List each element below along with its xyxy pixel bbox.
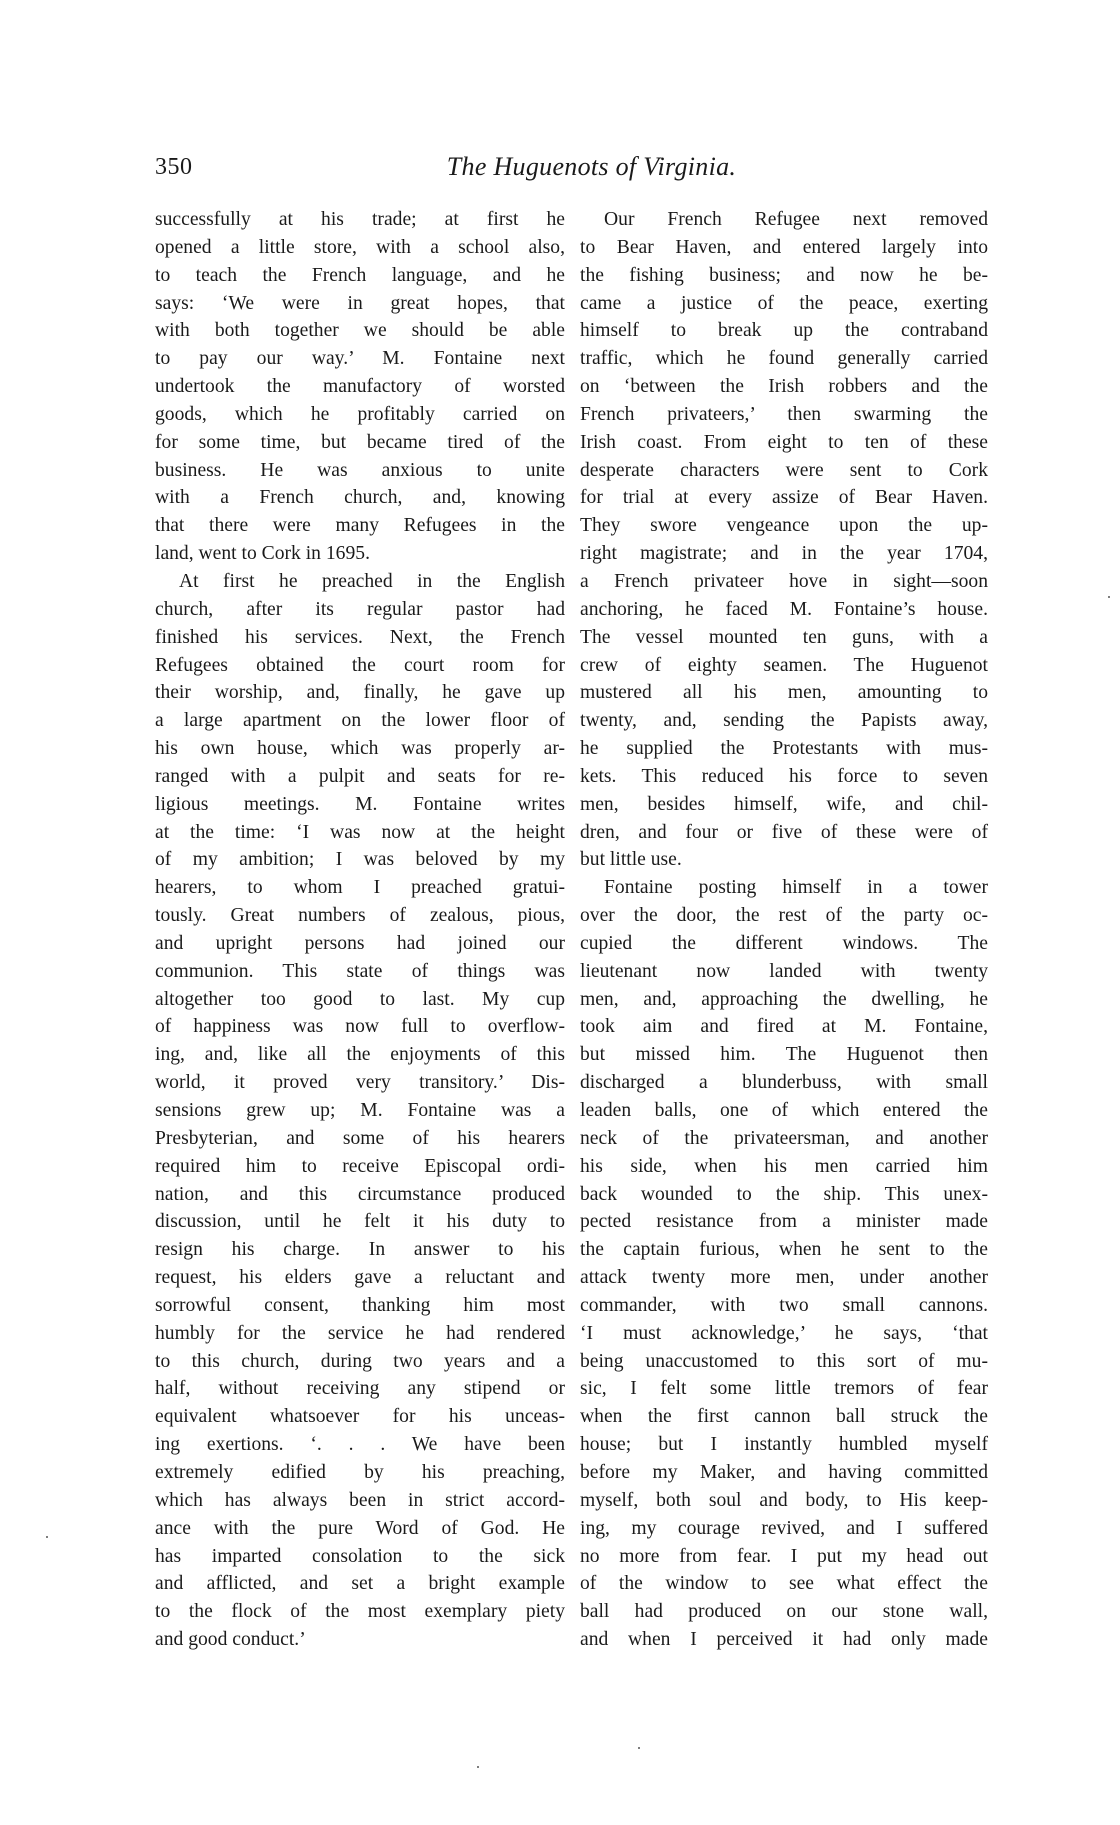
text-line: The vessel mounted ten guns, with a bbox=[580, 624, 988, 652]
text-line: when the first cannon ball struck the bbox=[580, 1403, 988, 1431]
scan-speck bbox=[638, 1747, 640, 1749]
text-line: anchoring, he faced M. Fontaine’s house. bbox=[580, 596, 988, 624]
text-line: ing, and, like all the enjoyments of thi… bbox=[155, 1041, 565, 1069]
text-line: of my ambition; I was beloved by my bbox=[155, 846, 565, 874]
text-line: myself, both soul and body, to His keep- bbox=[580, 1487, 988, 1515]
scan-speck bbox=[1108, 596, 1110, 598]
book-page: 350 The Huguenots of Virginia. successfu… bbox=[0, 0, 1120, 1825]
text-line: no more from fear. I put my head out bbox=[580, 1543, 988, 1571]
text-line: extremely edified by his preaching, bbox=[155, 1459, 565, 1487]
text-line: tously. Great numbers of zealous, pious, bbox=[155, 902, 565, 930]
text-line: desperate characters were sent to Cork bbox=[580, 457, 988, 485]
text-line: to teach the French language, and he bbox=[155, 262, 565, 290]
text-line: a French privateer hove in sight—soon bbox=[580, 568, 988, 596]
text-line: sic, I felt some little tremors of fear bbox=[580, 1375, 988, 1403]
text-line: ance with the pure Word of God. He bbox=[155, 1515, 565, 1543]
text-line: altogether too good to last. My cup bbox=[155, 986, 565, 1014]
text-line: equivalent whatsoever for his unceas- bbox=[155, 1403, 565, 1431]
text-line: for trial at every assize of Bear Haven. bbox=[580, 484, 988, 512]
paragraph-start-line: At first he preached in the English bbox=[155, 568, 565, 596]
text-line: lieutenant now landed with twenty bbox=[580, 958, 988, 986]
text-line: discussion, until he felt it his duty to bbox=[155, 1208, 565, 1236]
text-line: Refugees obtained the court room for bbox=[155, 652, 565, 680]
left-column: successfully at his trade; at first he o… bbox=[155, 206, 565, 1654]
text-line: communion. This state of things was bbox=[155, 958, 565, 986]
text-line: for some time, but became tired of the bbox=[155, 429, 565, 457]
paragraph-start-line: Fontaine posting himself in a tower bbox=[580, 874, 988, 902]
text-line: but missed him. The Huguenot then bbox=[580, 1041, 988, 1069]
text-line: the fishing business; and now he be- bbox=[580, 262, 988, 290]
text-line: goods, which he profitably carried on bbox=[155, 401, 565, 429]
running-title: The Huguenots of Virginia. bbox=[155, 150, 988, 184]
text-line: required him to receive Episcopal ordi- bbox=[155, 1153, 565, 1181]
text-line: took aim and fired at M. Fontaine, bbox=[580, 1013, 988, 1041]
text-line: nation, and this circumstance produced bbox=[155, 1181, 565, 1209]
text-line: pected resistance from a minister made bbox=[580, 1208, 988, 1236]
text-line: says: ‘We were in great hopes, that bbox=[155, 290, 565, 318]
text-line: a large apartment on the lower floor of bbox=[155, 707, 565, 735]
text-line: with a French church, and, knowing bbox=[155, 484, 565, 512]
text-line: on ‘between the Irish robbers and the bbox=[580, 373, 988, 401]
text-line: at the time: ‘I was now at the height bbox=[155, 819, 565, 847]
text-line: ball had produced on our stone wall, bbox=[580, 1598, 988, 1626]
text-line: twenty, and, sending the Papists away, bbox=[580, 707, 988, 735]
text-line: right magistrate; and in the year 1704, bbox=[580, 540, 988, 568]
text-line: of the window to see what effect the bbox=[580, 1570, 988, 1598]
text-line: humbly for the service he had rendered bbox=[155, 1320, 565, 1348]
text-line: has imparted consolation to the sick bbox=[155, 1543, 565, 1571]
paragraph-end-line: land, went to Cork in 1695. bbox=[155, 540, 565, 568]
paragraph-end-line: but little use. bbox=[580, 846, 988, 874]
text-line: their worship, and, finally, he gave up bbox=[155, 679, 565, 707]
text-line: over the door, the rest of the party oc- bbox=[580, 902, 988, 930]
text-line: ing, my courage revived, and I suffered bbox=[580, 1515, 988, 1543]
text-line: sensions grew up; M. Fontaine was a bbox=[155, 1097, 565, 1125]
text-line: to pay our way.’ M. Fontaine next bbox=[155, 345, 565, 373]
text-line: traffic, which he found generally carrie… bbox=[580, 345, 988, 373]
text-line: and afflicted, and set a bright example bbox=[155, 1570, 565, 1598]
text-line: undertook the manufactory of worsted bbox=[155, 373, 565, 401]
running-head: 350 The Huguenots of Virginia. bbox=[155, 150, 988, 184]
text-line: ing exertions. ‘. . . We have been bbox=[155, 1431, 565, 1459]
text-line: to the flock of the most exemplary piety bbox=[155, 1598, 565, 1626]
text-line: half, without receiving any stipend or bbox=[155, 1375, 565, 1403]
text-line: of happiness was now full to overflow- bbox=[155, 1013, 565, 1041]
text-line: mustered all his men, amounting to bbox=[580, 679, 988, 707]
text-line: that there were many Refugees in the bbox=[155, 512, 565, 540]
text-line: to Bear Haven, and entered largely into bbox=[580, 234, 988, 262]
text-line: neck of the privateersman, and another bbox=[580, 1125, 988, 1153]
text-line: with both together we should be able bbox=[155, 317, 565, 345]
text-line: They swore vengeance upon the up- bbox=[580, 512, 988, 540]
text-line: before my Maker, and having committed bbox=[580, 1459, 988, 1487]
text-line: ‘I must acknowledge,’ he says, ‘that bbox=[580, 1320, 988, 1348]
text-line: he supplied the Protestants with mus- bbox=[580, 735, 988, 763]
text-line: ranged with a pulpit and seats for re- bbox=[155, 763, 565, 791]
text-line: kets. This reduced his force to seven bbox=[580, 763, 988, 791]
text-line: cupied the different windows. The bbox=[580, 930, 988, 958]
text-line: Irish coast. From eight to ten of these bbox=[580, 429, 988, 457]
text-line: resign his charge. In answer to his bbox=[155, 1236, 565, 1264]
paragraph-end-line: and good conduct.’ bbox=[155, 1626, 565, 1654]
text-line: which has always been in strict accord- bbox=[155, 1487, 565, 1515]
text-line: request, his elders gave a reluctant and bbox=[155, 1264, 565, 1292]
text-line: his side, when his men carried him bbox=[580, 1153, 988, 1181]
paragraph-start-line: Our French Refugee next removed bbox=[580, 206, 988, 234]
text-line: attack twenty more men, under another bbox=[580, 1264, 988, 1292]
text-line: Presbyterian, and some of his hearers bbox=[155, 1125, 565, 1153]
text-line: back wounded to the ship. This unex- bbox=[580, 1181, 988, 1209]
text-line: being unaccustomed to this sort of mu- bbox=[580, 1348, 988, 1376]
text-line: men, and, approaching the dwelling, he bbox=[580, 986, 988, 1014]
text-line: commander, with two small cannons. bbox=[580, 1292, 988, 1320]
text-line: leaden balls, one of which entered the bbox=[580, 1097, 988, 1125]
text-line: discharged a blunderbuss, with small bbox=[580, 1069, 988, 1097]
text-line: ligious meetings. M. Fontaine writes bbox=[155, 791, 565, 819]
scan-speck bbox=[477, 1766, 479, 1768]
text-line: the captain furious, when he sent to the bbox=[580, 1236, 988, 1264]
text-line: business. He was anxious to unite bbox=[155, 457, 565, 485]
text-line: world, it proved very transitory.’ Dis- bbox=[155, 1069, 565, 1097]
text-line: house; but I instantly humbled myself bbox=[580, 1431, 988, 1459]
text-line: his own house, which was properly ar- bbox=[155, 735, 565, 763]
text-line: finished his services. Next, the French bbox=[155, 624, 565, 652]
text-line: himself to break up the contraband bbox=[580, 317, 988, 345]
text-line: and when I perceived it had only made bbox=[580, 1626, 988, 1654]
text-line: opened a little store, with a school als… bbox=[155, 234, 565, 262]
text-line: came a justice of the peace, exerting bbox=[580, 290, 988, 318]
text-line: successfully at his trade; at first he bbox=[155, 206, 565, 234]
text-line: and upright persons had joined our bbox=[155, 930, 565, 958]
text-line: church, after its regular pastor had bbox=[155, 596, 565, 624]
scan-speck bbox=[46, 1536, 48, 1538]
text-line: hearers, to whom I preached gratui- bbox=[155, 874, 565, 902]
text-line: crew of eighty seamen. The Huguenot bbox=[580, 652, 988, 680]
text-line: French privateers,’ then swarming the bbox=[580, 401, 988, 429]
right-column: Our French Refugee next removed to Bear … bbox=[580, 206, 988, 1654]
text-line: men, besides himself, wife, and chil- bbox=[580, 791, 988, 819]
text-line: dren, and four or five of these were of bbox=[580, 819, 988, 847]
text-line: sorrowful consent, thanking him most bbox=[155, 1292, 565, 1320]
text-line: to this church, during two years and a bbox=[155, 1348, 565, 1376]
